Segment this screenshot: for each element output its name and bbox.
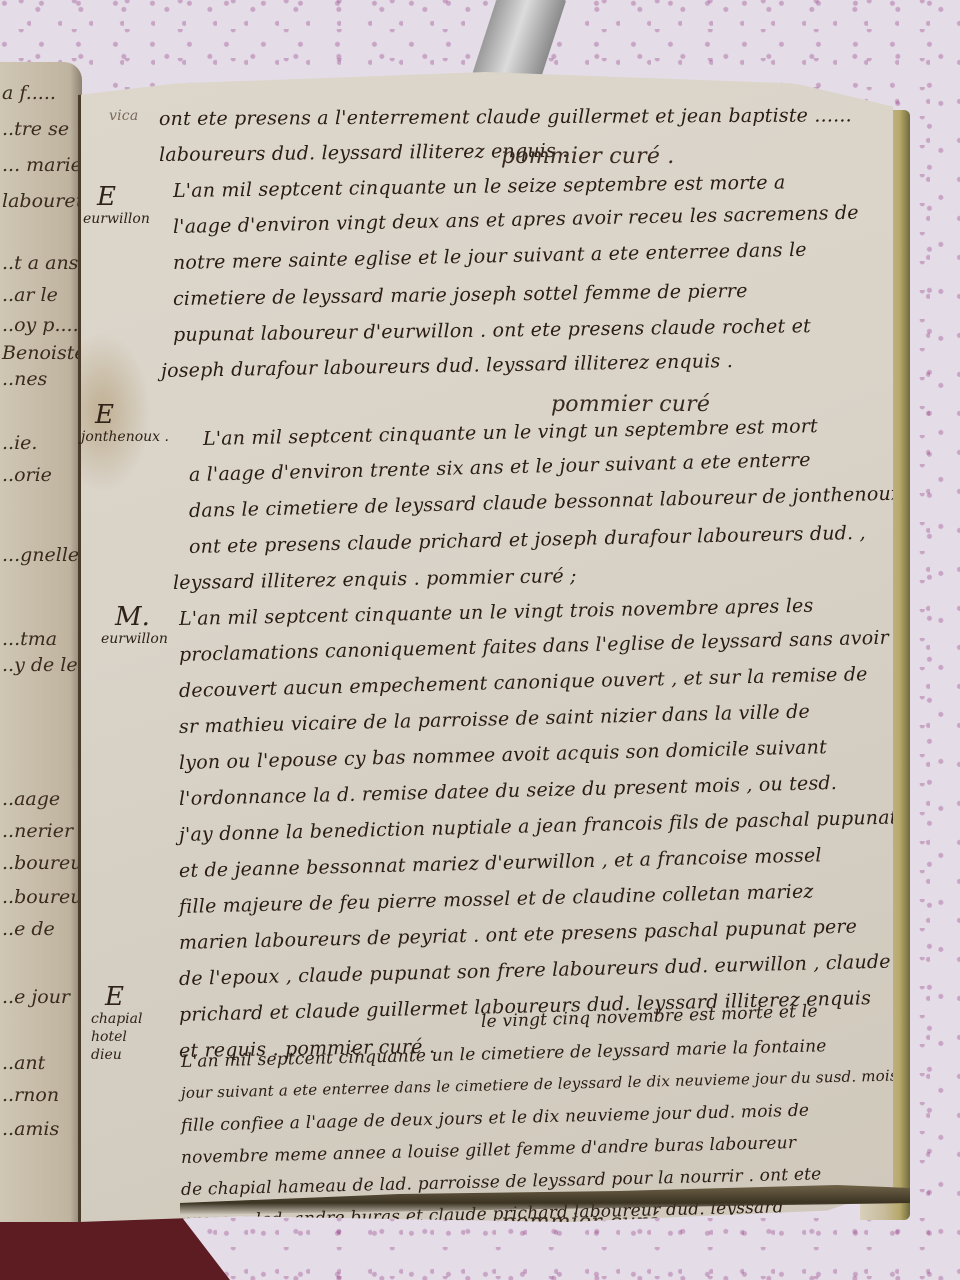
left-page-fragment: ...gnelle [2, 544, 79, 566]
entry-line: et de jeanne bessonnat mariez d'eurwillo… [179, 844, 822, 882]
left-page-fragment: ..oy p..... [2, 314, 82, 336]
margin-note: M. eurwillon [101, 604, 168, 648]
entry-line: l'ordonnance la d. remise datee du seize… [179, 772, 838, 810]
left-page-fragment: ...tma [2, 628, 57, 650]
margin-note: E jonthenoux . [81, 402, 169, 446]
priest-signature: pommier curé . [501, 144, 674, 169]
margin-place: chapial [91, 1010, 142, 1028]
entry-line: fille majeure de feu pierre mossel et de… [179, 880, 814, 918]
entry-line: novembre meme annee a louise gillet femm… [181, 1133, 797, 1168]
margin-place: eurwillon [83, 211, 150, 227]
entry-line: l'aage d'environ vingt deux ans et apres… [173, 202, 859, 238]
entry-line: joseph durafour laboureurs dud. leyssard… [161, 350, 733, 382]
left-page-fragment: ..boureur [2, 852, 82, 874]
left-page-fragment: ..amis [2, 1118, 59, 1140]
left-page-fragment: ... marien [2, 154, 82, 176]
entry-line: L'an mil septcent cinquante un le vingt … [179, 595, 814, 630]
left-page-fragment: ..aage [2, 788, 60, 810]
left-page-fragment: ..y de le [2, 654, 78, 676]
entry-line: marien laboureurs de peyriat . ont ete p… [179, 915, 858, 954]
left-page-fragment: ..rnon [2, 1084, 59, 1106]
entry-line: ont ete presens a l'enterrement claude g… [159, 104, 852, 130]
margin-place: hotel [91, 1028, 142, 1046]
burial-mark: E [97, 184, 150, 210]
entry-line: ont ete presens claude prichard et josep… [189, 522, 866, 558]
left-page-fragment: ..e jour [2, 986, 70, 1008]
corner-note: vica [109, 108, 138, 124]
left-page-fragment: ..ie. [2, 432, 37, 454]
entry-line: dans le cimetiere de leyssard claude bes… [189, 483, 902, 522]
priest-signature: pommier curé [551, 392, 710, 417]
burial-mark: E [95, 402, 169, 428]
entry-line: L'an mil septcent cinquante un le seize … [173, 171, 786, 202]
margin-note: E eurwillon [83, 184, 150, 228]
entry-line: fille confiee a l'aage de deux jours et … [181, 1101, 810, 1136]
marriage-mark: M. [115, 604, 168, 630]
entry-line: cimetiere de leyssard marie joseph sotte… [173, 280, 748, 310]
margin-note: E chapial hotel dieu [91, 984, 142, 1064]
margin-place: jonthenoux . [81, 429, 169, 445]
burial-mark: E [105, 984, 142, 1010]
margin-place: dieu [91, 1046, 142, 1064]
left-page-fragment: ..tre se [2, 118, 69, 140]
entry-line: pupunat laboureur d'eurwillon . ont ete … [173, 315, 811, 346]
left-page-fragment: ..t a ans [2, 252, 78, 274]
left-page-fragment: ..nerier [2, 820, 73, 842]
margin-place: eurwillon [101, 631, 168, 647]
entry-line: de l'epoux , claude pupunat son frere la… [179, 951, 891, 990]
entry-line: lyon ou l'epouse cy bas nommee avoit acq… [179, 736, 827, 774]
entry-line: jour suivant a ete enterree dans le cime… [181, 1066, 922, 1102]
left-page-fragment: ..e de [2, 918, 55, 940]
entry-line: j'ay donne la benediction nuptiale a jea… [179, 806, 898, 846]
left-page-fragment: ..boureur [2, 886, 82, 908]
left-page: a f..... ..tre se ... marien laboureur .… [0, 62, 82, 1222]
left-page-fragment: Benoiste [2, 342, 82, 364]
left-page-fragment: a f..... [2, 82, 56, 104]
left-page-fragment: ..ar le [2, 284, 58, 306]
left-page-fragment: ..ant [2, 1052, 45, 1074]
left-page-fragment: ..orie [2, 464, 52, 486]
entry-line: sr mathieu vicaire de la parroisse de sa… [179, 701, 810, 738]
entry-line: leyssard illiterez enquis . pommier curé… [173, 565, 577, 594]
entry-line: decouvert aucun empechement canonique ou… [179, 663, 868, 702]
entry-line: proclamations canoniquement faites dans … [179, 627, 889, 666]
left-page-fragment: ..nes [2, 368, 47, 390]
left-page-fragment: laboureur [2, 190, 82, 212]
register-page: vica ont ete presens a l'enterrement cla… [78, 72, 893, 1222]
entry-line: notre mere sainte eglise et le jour suiv… [173, 239, 807, 274]
entry-line: a l'aage d'environ trente six ans et le … [189, 449, 811, 486]
entry-line: L'an mil septcent cinquante un le vingt … [203, 415, 818, 450]
